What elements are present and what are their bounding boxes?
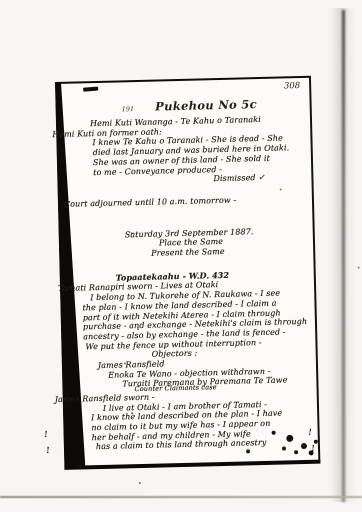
dismissed-note: Dismissed ✓ [213, 172, 305, 184]
scanned-minute-book-page: ! ! ! ! 308 191 Pukehou No 5c Hemi Kuti … [0, 0, 362, 512]
photocopied-document-page: 308 191 Pukehou No 5c Hemi Kuti Wananga … [55, 76, 320, 470]
margin-number: 191 [122, 105, 135, 113]
adjournment-note: Court adjourned until 10 a.m. tomorrow - [64, 194, 306, 210]
scan-edge-line [0, 496, 362, 498]
case-heading: 191 Pukehou No 5c [83, 92, 303, 116]
handwritten-record: 191 Pukehou No 5c Hemi Kuti Wananga - Te… [57, 78, 318, 453]
stray-mark: ! [46, 446, 50, 456]
stray-mark: ! [43, 430, 48, 440]
book-spine-line [342, 10, 345, 502]
page-number: 308 [284, 81, 300, 91]
case-title: Pukehou No 5c [155, 97, 257, 113]
